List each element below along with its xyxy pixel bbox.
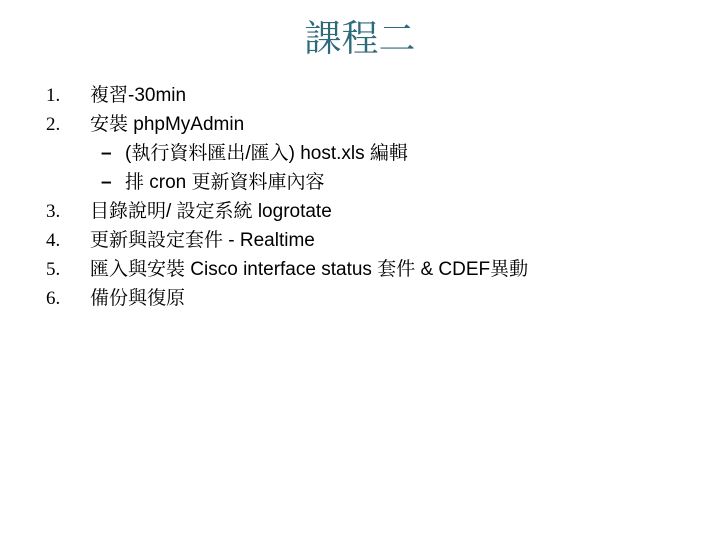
list-item-number: 6. (46, 284, 60, 313)
list-item-number: 5. (46, 255, 60, 284)
presentation-slide: 課程二 1. 複習-30min 2. 安裝 phpMyAdmin – (執行資料… (0, 0, 720, 540)
dash-bullet: – (101, 168, 112, 197)
list-item: 2. 安裝 phpMyAdmin (0, 110, 700, 139)
list-item-text: 備份與復原 (0, 284, 700, 313)
list-item-number: 4. (46, 226, 60, 255)
list-item-text: 安裝 phpMyAdmin (0, 110, 700, 139)
list-item: 1. 複習-30min (0, 81, 700, 110)
list-item: 3. 目錄說明/ 設定系統 logrotate (0, 197, 700, 226)
list-item-text: 複習-30min (0, 81, 700, 110)
list-item: 4. 更新與設定套件 - Realtime (0, 226, 700, 255)
list-item-text: 更新與設定套件 - Realtime (0, 226, 700, 255)
list-item-number: 1. (46, 81, 60, 110)
list-item-text: 目錄說明/ 設定系統 logrotate (0, 197, 700, 226)
list-item: 6. 備份與復原 (0, 284, 700, 313)
sub-list-item: – (執行資料匯出/匯入) host.xls 編輯 (0, 139, 700, 168)
sub-list-item: – 排 cron 更新資料庫內容 (0, 168, 700, 197)
list-item-number: 3. (46, 197, 60, 226)
list-item-text: 匯入與安裝 Cisco interface status 套件 & CDEF異動 (0, 255, 700, 284)
dash-bullet: – (101, 139, 112, 168)
list-item-number: 2. (46, 110, 60, 139)
slide-title: 課程二 (0, 18, 720, 62)
agenda-list: 1. 複習-30min 2. 安裝 phpMyAdmin – (執行資料匯出/匯… (0, 81, 700, 313)
list-item: 5. 匯入與安裝 Cisco interface status 套件 & CDE… (0, 255, 700, 284)
